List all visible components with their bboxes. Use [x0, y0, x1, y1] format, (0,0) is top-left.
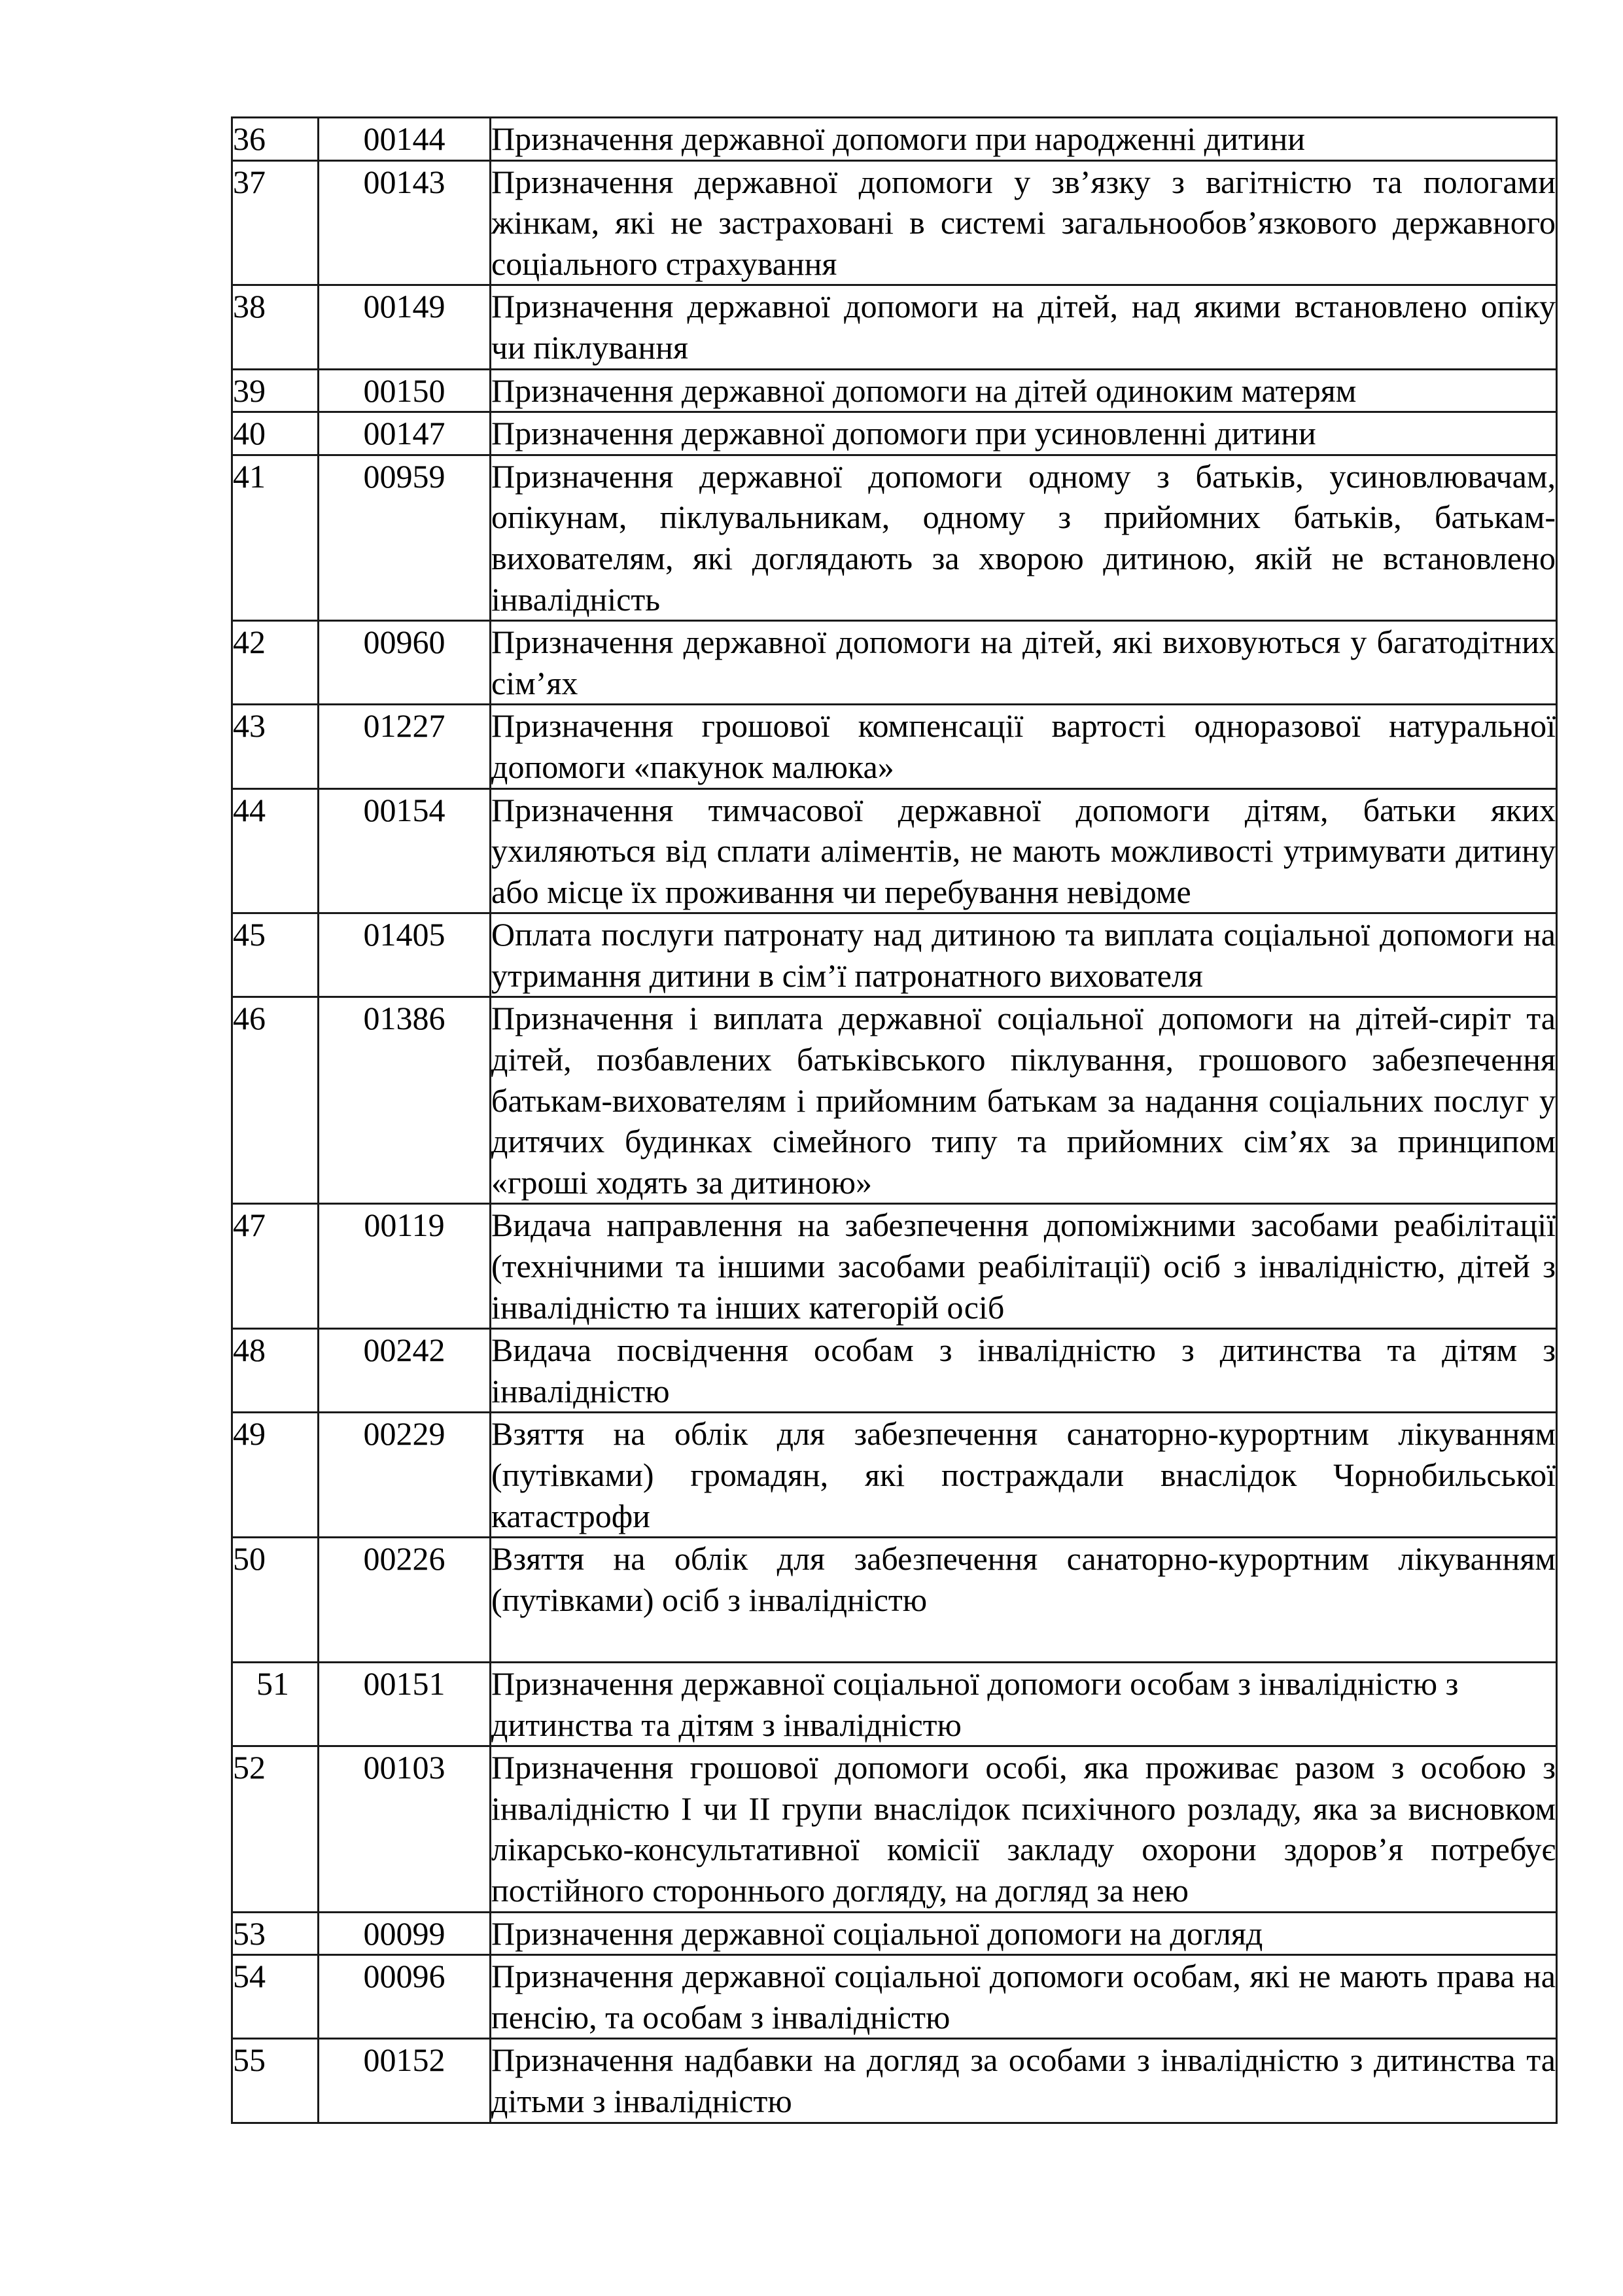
- description-line: Призначення і виплата державної соціальн…: [491, 998, 1556, 1039]
- service-description: Призначення надбавки на догляд за особам…: [491, 2039, 1557, 2123]
- service-description: Призначення державної допомоги одному з …: [491, 455, 1557, 620]
- table-row: 5000226Взяття на облік для забезпечення …: [232, 1538, 1557, 1663]
- service-description: Призначення державної допомоги при усино…: [491, 412, 1557, 455]
- service-description: Призначення тимчасової державної допомог…: [491, 788, 1557, 913]
- table-row: 3600144Призначення державної допомоги пр…: [232, 118, 1557, 161]
- service-description: Призначення державної допомоги на дітей …: [491, 369, 1557, 412]
- description-line: Призначення державної соціальної допомог…: [491, 1913, 1556, 1954]
- service-code: 00147: [319, 412, 491, 455]
- service-description: Взяття на облік для забезпечення санатор…: [491, 1413, 1557, 1538]
- description-line: утримання дитини в сім’ї патронатного ви…: [491, 955, 1556, 997]
- table-row: 4900229Взяття на облік для забезпечення …: [232, 1413, 1557, 1538]
- service-code: 00149: [319, 285, 491, 369]
- description-line: Призначення державної допомоги на дітей,…: [491, 622, 1556, 663]
- service-code: 00099: [319, 1912, 491, 1955]
- table-row: 4700119Видача направлення на забезпеченн…: [232, 1204, 1557, 1329]
- table-row: 4100959Призначення державної допомоги од…: [232, 455, 1557, 620]
- table-row: 5500152Призначення надбавки на догляд за…: [232, 2039, 1557, 2123]
- row-number: 55: [232, 2039, 319, 2123]
- description-line: дитинства та дітям з інвалідністю: [491, 1704, 1556, 1746]
- services-table-body: 3600144Призначення державної допомоги пр…: [232, 118, 1557, 2123]
- description-line: Видача посвідчення особам з інвалідністю…: [491, 1330, 1556, 1371]
- description-line: (путівками) осіб з інвалідністю: [491, 1580, 1556, 1621]
- service-code: 01405: [319, 913, 491, 997]
- description-line: чи піклування: [491, 327, 1556, 368]
- table-row: 4200960Призначення державної допомоги на…: [232, 621, 1557, 705]
- row-number: 39: [232, 369, 319, 412]
- description-line: вихователям, які доглядають за хворою ди…: [491, 538, 1556, 579]
- service-description: Призначення державної допомоги на дітей,…: [491, 621, 1557, 705]
- description-line: (технічними та іншими засобами реабіліта…: [491, 1246, 1556, 1287]
- description-line: [491, 1620, 1556, 1661]
- row-number: 42: [232, 621, 319, 705]
- description-line: інвалідністю та інших категорій осіб: [491, 1287, 1556, 1328]
- service-description: Призначення і виплата державної соціальн…: [491, 997, 1557, 1204]
- row-number: 49: [232, 1413, 319, 1538]
- row-number: 50: [232, 1538, 319, 1663]
- description-line: інвалідність: [491, 579, 1556, 620]
- table-row: 4301227Призначення грошової компенсації …: [232, 705, 1557, 788]
- description-line: Призначення державної допомоги на дітей …: [491, 370, 1556, 412]
- service-description: Призначення державної соціальної допомог…: [491, 1662, 1557, 1746]
- description-line: Призначення державної допомоги при народ…: [491, 118, 1556, 160]
- service-code: 01227: [319, 705, 491, 788]
- table-row: 4501405Оплата послуги патронату над дити…: [232, 913, 1557, 997]
- description-line: Взяття на облік для забезпечення санатор…: [491, 1413, 1556, 1455]
- service-code: 00144: [319, 118, 491, 161]
- table-row: 5400096Призначення державної соціальної …: [232, 1955, 1557, 2039]
- description-line: лікарсько-консультативної комісії заклад…: [491, 1829, 1556, 1870]
- row-number: 37: [232, 160, 319, 285]
- row-number: 36: [232, 118, 319, 161]
- description-line: Призначення державної допомоги при усино…: [491, 413, 1556, 454]
- description-line: Призначення грошової компенсації вартост…: [491, 705, 1556, 747]
- service-code: 00242: [319, 1329, 491, 1413]
- description-line: інвалідністю: [491, 1371, 1556, 1412]
- description-line: Призначення грошової допомоги особі, яка…: [491, 1747, 1556, 1788]
- row-number: 45: [232, 913, 319, 997]
- description-line: Призначення державної соціальної допомог…: [491, 1956, 1556, 1997]
- table-row: 5300099Призначення державної соціальної …: [232, 1912, 1557, 1955]
- description-line: Призначення державної соціальної допомог…: [491, 1663, 1556, 1704]
- row-number: 44: [232, 788, 319, 913]
- table-row: 3800149Призначення державної допомоги на…: [232, 285, 1557, 369]
- row-number: 54: [232, 1955, 319, 2039]
- service-code: 00960: [319, 621, 491, 705]
- table-row: 3900150Призначення державної допомоги на…: [232, 369, 1557, 412]
- service-code: 00226: [319, 1538, 491, 1663]
- service-description: Призначення державної соціальної допомог…: [491, 1912, 1557, 1955]
- description-line: Оплата послуги патронату над дитиною та …: [491, 914, 1556, 955]
- service-code: 00154: [319, 788, 491, 913]
- service-code: 00143: [319, 160, 491, 285]
- service-description: Видача посвідчення особам з інвалідністю…: [491, 1329, 1557, 1413]
- service-description: Взяття на облік для забезпечення санатор…: [491, 1538, 1557, 1663]
- document-page: 3600144Призначення державної допомоги пр…: [0, 0, 1623, 2296]
- description-line: допомоги «пакунок малюка»: [491, 747, 1556, 788]
- description-line: сім’ях: [491, 663, 1556, 704]
- service-description: Призначення грошової допомоги особі, яка…: [491, 1746, 1557, 1912]
- service-description: Призначення державної допомоги при народ…: [491, 118, 1557, 161]
- service-code: 00119: [319, 1204, 491, 1329]
- service-code: 00229: [319, 1413, 491, 1538]
- service-description: Призначення державної допомоги у зв’язку…: [491, 160, 1557, 285]
- description-line: Видача направлення на забезпечення допом…: [491, 1205, 1556, 1246]
- row-number: 43: [232, 705, 319, 788]
- description-line: дітьми з інвалідністю: [491, 2081, 1556, 2122]
- row-number: 52: [232, 1746, 319, 1912]
- table-row: 4601386Призначення і виплата державної с…: [232, 997, 1557, 1204]
- description-line: батькам-вихователям і прийомним батькам …: [491, 1080, 1556, 1122]
- description-line: Взяття на облік для забезпечення санатор…: [491, 1538, 1556, 1580]
- description-line: Призначення державної допомоги у зв’язку…: [491, 162, 1556, 203]
- row-number: 40: [232, 412, 319, 455]
- row-number: 38: [232, 285, 319, 369]
- description-line: «гроші ходять за дитиною»: [491, 1162, 1556, 1203]
- row-number: 41: [232, 455, 319, 620]
- description-line: жінкам, які не застраховані в системі за…: [491, 202, 1556, 243]
- description-line: дітей, позбавлених батьківського піклува…: [491, 1039, 1556, 1080]
- description-line: катастрофи: [491, 1496, 1556, 1537]
- service-description: Призначення державної допомоги на дітей,…: [491, 285, 1557, 369]
- row-number: 46: [232, 997, 319, 1204]
- row-number: 47: [232, 1204, 319, 1329]
- row-number: 53: [232, 1912, 319, 1955]
- table-row: 4400154Призначення тимчасової державної …: [232, 788, 1557, 913]
- service-code: 01386: [319, 997, 491, 1204]
- table-row: 3700143Призначення державної допомоги у …: [232, 160, 1557, 285]
- description-line: Призначення державної допомоги одному з …: [491, 456, 1556, 497]
- row-number: 51: [232, 1662, 319, 1746]
- description-line: дитячих будинках сімейного типу та прийо…: [491, 1121, 1556, 1162]
- description-line: Призначення надбавки на догляд за особам…: [491, 2040, 1556, 2081]
- service-code: 00103: [319, 1746, 491, 1912]
- description-line: постійного стороннього догляду, на догля…: [491, 1870, 1556, 1911]
- description-line: інвалідністю I чи II групи внаслідок пси…: [491, 1788, 1556, 1829]
- table-row: 4800242Видача посвідчення особам з інвал…: [232, 1329, 1557, 1413]
- table-row: 5200103Призначення грошової допомоги осо…: [232, 1746, 1557, 1912]
- row-number: 48: [232, 1329, 319, 1413]
- description-line: ухиляються від сплати аліментів, не мают…: [491, 830, 1556, 872]
- description-line: соціального страхування: [491, 243, 1556, 285]
- description-line: Призначення державної допомоги на дітей,…: [491, 286, 1556, 327]
- description-line: пенсію, та особам з інвалідністю: [491, 1997, 1556, 2038]
- service-code: 00150: [319, 369, 491, 412]
- service-description: Видача направлення на забезпечення допом…: [491, 1204, 1557, 1329]
- description-line: опікунам, піклувальникам, одному з прийо…: [491, 497, 1556, 538]
- services-table: 3600144Призначення державної допомоги пр…: [231, 116, 1558, 2124]
- service-code: 00151: [319, 1662, 491, 1746]
- service-code: 00096: [319, 1955, 491, 2039]
- service-description: Оплата послуги патронату над дитиною та …: [491, 913, 1557, 997]
- description-line: Призначення тимчасової державної допомог…: [491, 790, 1556, 831]
- description-line: або місце їх проживання чи перебування н…: [491, 872, 1556, 913]
- service-code: 00152: [319, 2039, 491, 2123]
- service-description: Призначення грошової компенсації вартост…: [491, 705, 1557, 788]
- service-description: Призначення державної соціальної допомог…: [491, 1955, 1557, 2039]
- table-row: 5100151Призначення державної соціальної …: [232, 1662, 1557, 1746]
- description-line: (путівками) громадян, які постраждали вн…: [491, 1455, 1556, 1496]
- service-code: 00959: [319, 455, 491, 620]
- table-row: 4000147Призначення державної допомоги пр…: [232, 412, 1557, 455]
